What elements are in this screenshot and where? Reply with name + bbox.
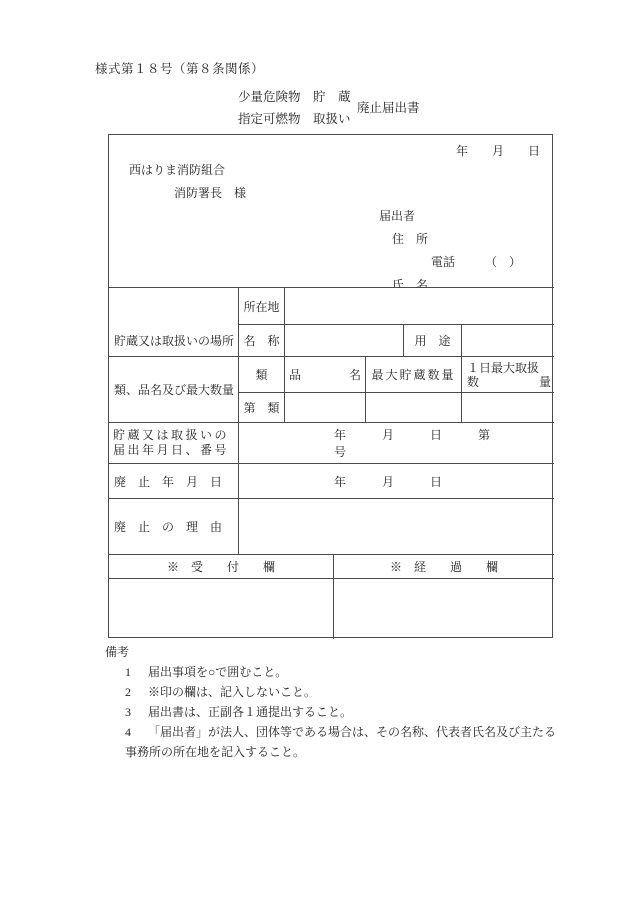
site-label: 所在地 xyxy=(238,287,284,324)
use-label: 用 途 xyxy=(403,324,461,356)
note-item-3: 3届出書は、正副各１通提出すること。 xyxy=(125,702,558,722)
max-daily-header: １日最大取扱 数 量 xyxy=(461,356,554,392)
category-row-label: 類、品名及び最大数量 xyxy=(109,356,238,422)
class-value-cell[interactable]: 第 類 xyxy=(238,392,284,422)
note-text: 届出書は、正副各１通提出すること。 xyxy=(148,705,352,719)
note-item-2: 2※印の欄は、記入しないこと。 xyxy=(125,682,558,702)
note-number: 2 xyxy=(125,682,148,702)
name-label: 氏 名 xyxy=(392,276,428,287)
notes-title: 備考 xyxy=(105,643,129,660)
note-text: ※印の欄は、記入しないこと。 xyxy=(148,685,316,699)
note-number: 4 xyxy=(125,722,148,742)
max-storage-header: 最大貯蔵数量 xyxy=(365,356,461,392)
note-number: 1 xyxy=(125,662,148,682)
product-name-input-cell[interactable] xyxy=(284,392,365,422)
max-daily-header-line2: 数 量 xyxy=(467,375,551,389)
note-text: 届出事項を○で囲むこと。 xyxy=(148,665,287,679)
note-text: 「届出者」が法人、団体等である場合は、その名称、代表者氏名及び主たる事務所の所在… xyxy=(125,725,556,759)
max-storage-input-cell[interactable] xyxy=(365,392,461,422)
notification-date-cell[interactable]: 年 月 日 第 号 xyxy=(238,422,554,463)
form-page: 様式第１８号（第８条関係） 少量危険物 貯 蔵 指定可燃物 取扱い 廃止届出書 … xyxy=(0,0,630,903)
abolition-date-label: 廃 止 年 月 日 xyxy=(109,463,238,498)
notes-list: 1届出事項を○で囲むこと。 2※印の欄は、記入しないこと。 3届出書は、正副各１… xyxy=(125,662,558,762)
note-item-1: 1届出事項を○で囲むこと。 xyxy=(125,662,558,682)
notification-label-line2: 届出年月日、番号 xyxy=(113,443,229,458)
abolition-reason-input-cell[interactable] xyxy=(238,498,554,554)
facility-name-input-cell[interactable] xyxy=(284,324,403,356)
form-number: 様式第１８号（第８条関係） xyxy=(95,59,264,77)
progress-column-header: ※ 経 過 欄 xyxy=(333,554,554,578)
notifier-label: 届出者 xyxy=(379,207,415,224)
class-header: 類 xyxy=(238,356,284,392)
notification-row-label: 貯蔵又は取扱いの 届出年月日、番号 xyxy=(109,422,238,463)
addressee: 消防署長 様 xyxy=(174,184,246,201)
subject-line-combustible: 指定可燃物 取扱い xyxy=(238,109,351,127)
reception-box[interactable] xyxy=(109,578,333,639)
address-label: 住 所 xyxy=(392,230,428,247)
subject-line-hazardous: 少量危険物 貯 蔵 xyxy=(238,87,351,105)
max-daily-header-line1: １日最大取扱 xyxy=(467,361,539,375)
max-daily-input-cell[interactable] xyxy=(461,392,554,422)
abolition-reason-label: 廃 止 の 理 由 xyxy=(109,498,238,554)
phone-label: 電話 （ ） xyxy=(431,253,521,270)
facility-name-label: 名 称 xyxy=(238,324,284,356)
progress-box[interactable] xyxy=(333,578,554,639)
form-table: 年 月 日 西はりま消防組合 消防署長 様 届出者 住 所 電話 （ ） 氏 名… xyxy=(108,134,553,638)
note-item-4: 4「届出者」が法人、団体等である場合は、その名称、代表者氏名及び主たる事務所の所… xyxy=(125,722,558,762)
notification-label-line1: 貯蔵又は取扱いの xyxy=(113,428,229,443)
product-name-header: 品 名 xyxy=(284,356,365,392)
note-number: 3 xyxy=(125,702,148,722)
abolition-date-cell[interactable]: 年 月 日 xyxy=(238,463,554,498)
reception-column-header: ※ 受 付 欄 xyxy=(109,554,333,578)
date-line: 年 月 日 xyxy=(456,142,540,159)
site-input-cell[interactable] xyxy=(284,287,554,324)
use-input-cell[interactable] xyxy=(461,324,554,356)
organization-name: 西はりま消防組合 xyxy=(129,161,225,178)
subject-suffix: 廃止届出書 xyxy=(357,98,420,116)
header-box: 年 月 日 西はりま消防組合 消防署長 様 届出者 住 所 電話 （ ） 氏 名 xyxy=(109,135,554,287)
